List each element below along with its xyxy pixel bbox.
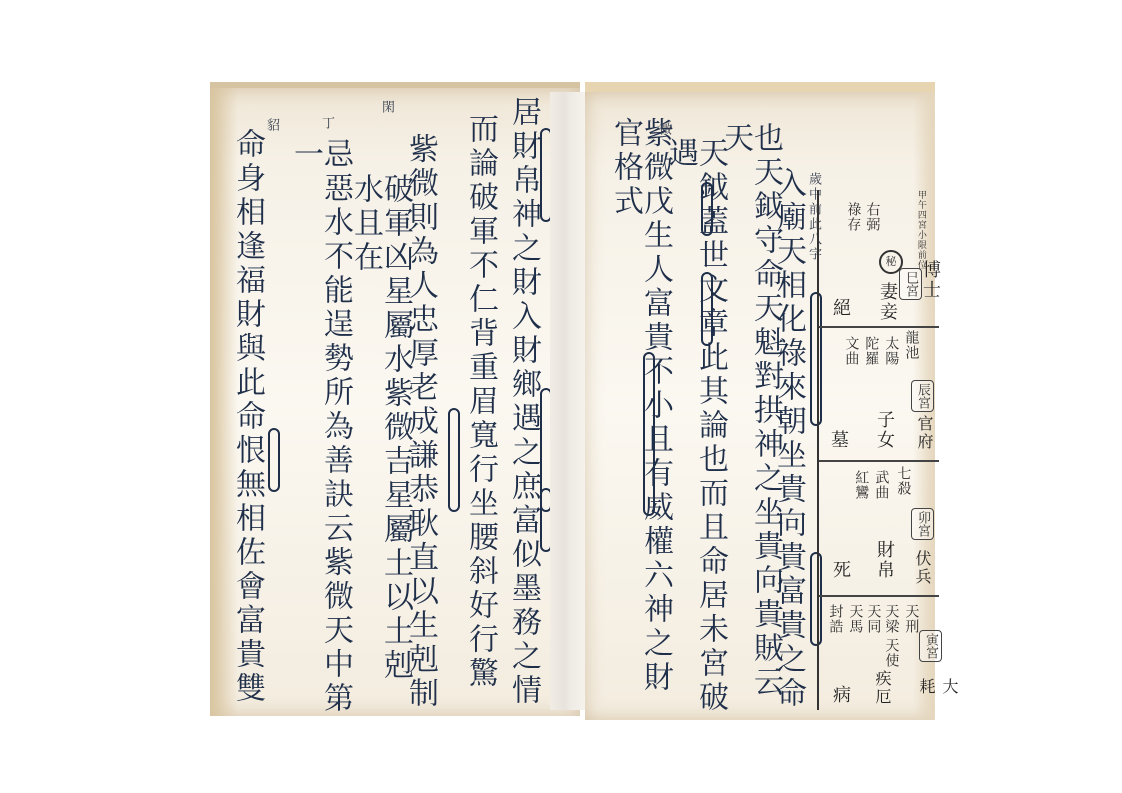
palace-name: 疾厄 <box>871 670 894 706</box>
palace-branch-label: 寅宮 <box>919 630 942 662</box>
text-column-1: 命身相逢福財與此命恨無相佐會富貴雙 <box>232 128 262 706</box>
palace-name: 財帛 <box>871 540 897 580</box>
minor-note: 甲午四宮小限前位 <box>915 190 925 270</box>
spirit-name: 博士 <box>917 260 943 300</box>
emphasis-circle-mark <box>701 182 713 236</box>
text-column-5: 而論破軍不仁背重眉寬行坐腰斜好行驚 <box>465 113 495 691</box>
palace-branch-label: 卯宮 <box>911 508 934 540</box>
spirit-name: 伏兵 <box>911 550 934 586</box>
life-stage: 絕 <box>827 298 853 318</box>
star-label: 祿存 <box>845 202 860 232</box>
astrology-chart: 右弼 祿存 甲午四宮小限前位 秘 巳宮 妻妾 博士 絕 文曲 陀羅 太陽 龍池 … <box>817 190 939 710</box>
star-label: 天刑 <box>903 604 918 634</box>
text-column-3: 破軍凶星屬水紫微吉星屬土以土剋水且在 <box>350 173 410 716</box>
star-label: 天馬 <box>847 604 862 634</box>
marginal-note: 貂 <box>265 118 278 133</box>
text-column-2: 忌惡水不能逞勢所為善訣云紫微天中第一 <box>290 138 350 716</box>
star-label: 右弼 <box>864 202 879 232</box>
text-column-10: 入廟天相化祿來朝坐貴向貴富貴之命 <box>773 167 803 711</box>
life-stage: 死 <box>827 560 853 580</box>
emphasis-circle-mark <box>701 272 713 346</box>
star-label: 天梁 <box>883 604 898 634</box>
star-label: 紅鸞 <box>853 470 868 500</box>
spirit-name: 官府 <box>913 415 936 451</box>
book-gutter <box>550 92 586 710</box>
star-label: 陀羅 <box>863 336 878 366</box>
text-column-7: 紫微戊生人富貴不小且有威權六神之財官格式 <box>610 117 670 720</box>
marginal-note: 微 <box>657 122 670 137</box>
spirit-name: 大耗 <box>915 678 961 710</box>
emphasis-circle-mark <box>448 408 460 512</box>
star-label: 天使 <box>883 638 898 668</box>
palace-name: 妻妾 <box>874 282 900 322</box>
star-label: 太陽 <box>883 336 898 366</box>
star-label: 天同 <box>865 604 880 634</box>
text-column-8: 天鉞蓋世文章此其論也而且命居未宮破遇 <box>665 137 725 720</box>
text-column-6: 居財帛神之財入財鄉遇之庶富似墨務之情 <box>508 96 538 708</box>
life-stage: 墓 <box>825 430 851 450</box>
star-label: 文曲 <box>843 336 858 366</box>
manuscript-spread: 命身相逢福財與此命恨無相佐會富貴雙 忌惡水不能逞勢所為善訣云紫微天中第一 破軍凶… <box>205 82 940 712</box>
left-page: 命身相逢福財與此命恨無相佐會富貴雙 忌惡水不能逞勢所為善訣云紫微天中第一 破軍凶… <box>210 82 580 716</box>
star-label: 龍池 <box>903 330 918 360</box>
palace-name: 子女 <box>871 410 897 450</box>
marginal-note: 閑 <box>380 100 393 115</box>
star-label: 武曲 <box>873 470 888 500</box>
marginal-note: 丁 <box>320 116 333 131</box>
palace-branch-label: 辰宮 <box>911 380 934 412</box>
emphasis-circle-mark <box>643 352 655 516</box>
life-stage: 病 <box>827 685 853 705</box>
star-label: 七殺 <box>895 466 910 496</box>
star-label: 封誥 <box>827 604 842 634</box>
emphasis-circle-mark <box>268 428 280 492</box>
text-column-4: 紫微則為人忠厚老成謙恭耿直以生剋制 <box>405 133 435 711</box>
